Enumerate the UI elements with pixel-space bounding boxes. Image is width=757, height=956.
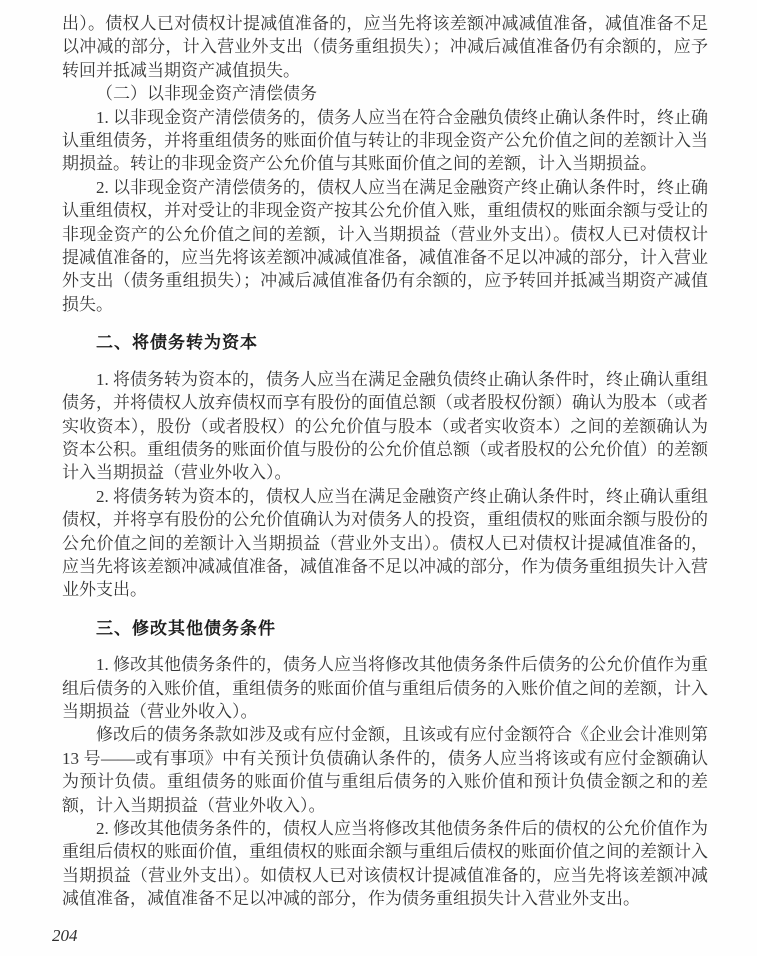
body-paragraph: 2. 修改其他债务条件的，债权人应当将修改其他债务条件后的债权的公允价值作为重组… — [62, 817, 708, 911]
section-heading-debt-to-capital: 二、将债务转为资本 — [62, 331, 708, 354]
body-paragraph-continuation: 出）。债权人已对债权计提减值准备的，应当先将该差额冲减减值准备，减值准备不足以冲… — [62, 12, 708, 82]
subsection-heading-non-cash-assets: （二）以非现金资产清偿债务 — [62, 82, 708, 105]
body-paragraph: 1. 以非现金资产清偿债务的，债务人应当在符合金融负债终止确认条件时，终止确认重… — [62, 106, 708, 176]
body-paragraph: 1. 将债务转为资本的，债务人应当在满足金融负债终止确认条件时，终止确认重组债务… — [62, 368, 708, 485]
document-page: 出）。债权人已对债权计提减值准备的，应当先将该差额冲减减值准备，减值准备不足以冲… — [0, 0, 757, 956]
body-paragraph: 1. 修改其他债务条件的，债务人应当将修改其他债务条件后债务的公允价值作为重组后… — [62, 653, 708, 723]
section-heading-modify-other-terms: 三、修改其他债务条件 — [62, 617, 708, 640]
page-content: 出）。债权人已对债权计提减值准备的，应当先将该差额冲减减值准备，减值准备不足以冲… — [62, 12, 708, 911]
page-number: 204 — [52, 926, 78, 946]
body-paragraph: 修改后的债务条款如涉及或有应付金额，且该或有应付金额符合《企业会计准则第 13 … — [62, 723, 708, 817]
body-paragraph: 2. 以非现金资产清偿债务的，债权人应当在满足金融资产终止确认条件时，终止确认重… — [62, 176, 708, 316]
body-paragraph: 2. 将债务转为资本的，债权人应当在满足金融资产终止确认条件时，终止确认重组债权… — [62, 485, 708, 602]
